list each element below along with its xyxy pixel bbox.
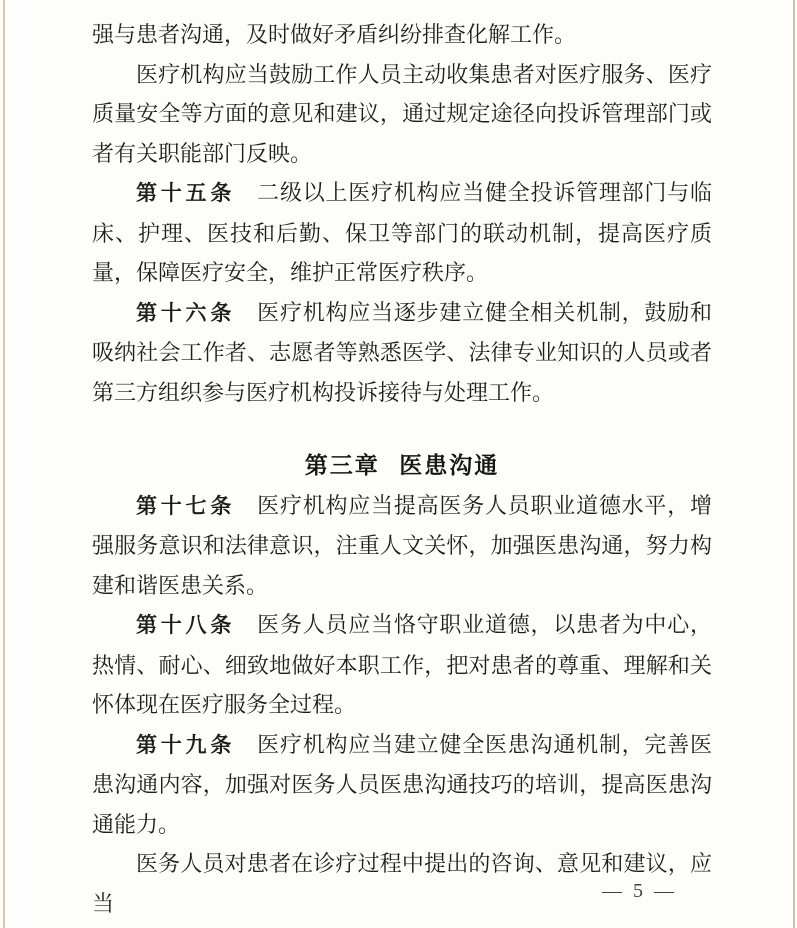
- page-number: — 5 —: [602, 879, 677, 903]
- article-number-label: 第十六条: [136, 302, 235, 325]
- paragraph: 医疗机构应当鼓励工作人员主动收集患者对医疗服务、医疗质量安全等方面的意见和建议，…: [92, 55, 712, 174]
- page-left-edge-line: [3, 0, 5, 928]
- document-text-column: 强与患者沟通，及时做好矛盾纠纷排查化解工作。 医疗机构应当鼓励工作人员主动收集患…: [92, 15, 712, 923]
- article-number-label: 第十五条: [136, 182, 235, 205]
- article-paragraph-17: 第十七条医疗机构应当提高医务人员职业道德水平，增强服务意识和法律意识，注重人文关…: [92, 486, 712, 606]
- chapter-number: 第三章: [305, 452, 380, 478]
- chapter-heading: 第三章医患沟通: [92, 446, 712, 486]
- article-number-label: 第十九条: [136, 734, 235, 757]
- chapter-title: 医患沟通: [399, 452, 499, 478]
- article-paragraph-15: 第十五条二级以上医疗机构应当健全投诉管理部门与临床、护理、医技和后勤、保卫等部门…: [92, 173, 712, 293]
- article-paragraph-18: 第十八条医务人员应当恪守职业道德，以患者为中心，热情、耐心、细致地做好本职工作，…: [92, 605, 712, 725]
- article-paragraph-16: 第十六条医疗机构应当逐步建立健全相关机制，鼓励和吸纳社会工作者、志愿者等熟悉医学…: [92, 293, 712, 413]
- page-right-edge-line: [793, 0, 795, 928]
- paragraph-continuation: 强与患者沟通，及时做好矛盾纠纷排查化解工作。: [92, 15, 712, 55]
- article-paragraph-19: 第十九条医疗机构应当建立健全医患沟通机制，完善医患沟通内容，加强对医务人员医患沟…: [92, 725, 712, 845]
- article-number-label: 第十八条: [136, 614, 235, 637]
- article-number-label: 第十七条: [136, 495, 235, 518]
- scanned-document-page: 强与患者沟通，及时做好矛盾纠纷排查化解工作。 医疗机构应当鼓励工作人员主动收集患…: [0, 0, 797, 928]
